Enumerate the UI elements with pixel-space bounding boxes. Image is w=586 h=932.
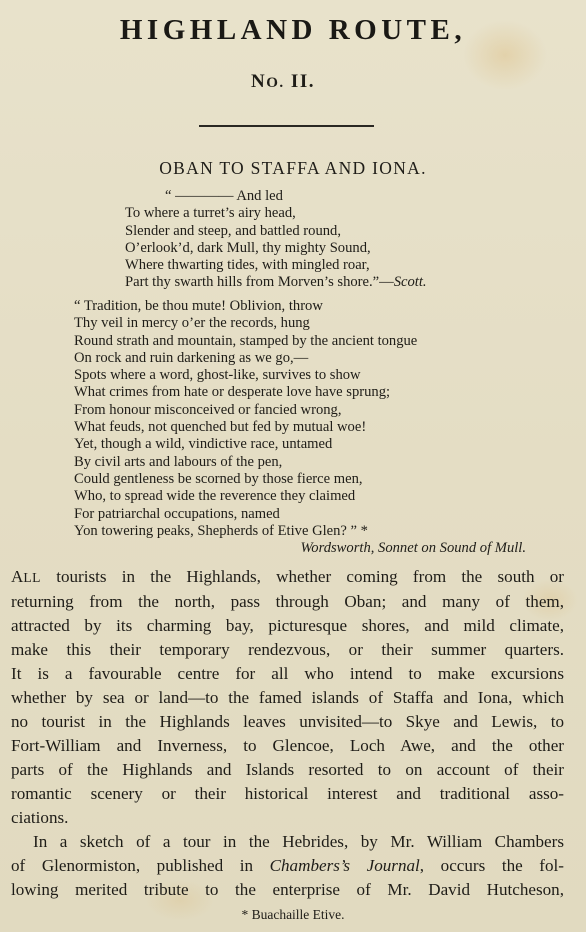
text-line: In a sketch of a tour in the Hebrides, b… bbox=[11, 830, 564, 854]
verse-line: To where a turret’s airy head, bbox=[125, 205, 427, 222]
title-divider bbox=[199, 125, 374, 127]
verse-line: O’erlook’d, dark Mull, thy mighty Sound, bbox=[125, 240, 427, 257]
verse-line: By civil arts and labours of the pen, bbox=[74, 454, 526, 471]
verse-line: For patriarchal occupations, named bbox=[74, 506, 526, 523]
text-line: returning from the north, pass through O… bbox=[11, 590, 564, 614]
text-line: make this their temporary rendezvous, or… bbox=[11, 638, 564, 662]
number-prefix: N bbox=[251, 71, 266, 92]
journal-title: Chambers’s Journal bbox=[270, 856, 420, 875]
text-fragment: , occurs the fol- bbox=[420, 856, 564, 875]
verse-line: Thy veil in mercy o’er the records, hung bbox=[74, 315, 526, 332]
paragraph: ALL tourists in the Highlands, whether c… bbox=[11, 565, 564, 830]
paragraph: In a sketch of a tour in the Hebrides, b… bbox=[11, 830, 564, 902]
footnote: * Buachaille Etive. bbox=[0, 907, 586, 923]
verse-line: Slender and steep, and battled round, bbox=[125, 223, 427, 240]
verse-line-with-attribution: Part thy swarth hills from Morven’s shor… bbox=[125, 274, 427, 291]
section-title: OBAN TO STAFFA AND IONA. bbox=[0, 158, 586, 179]
number-prefix-small: O. bbox=[266, 75, 284, 91]
verse-line: Yet, though a wild, vindictive race, unt… bbox=[74, 436, 526, 453]
verse-line: “ ———— And led bbox=[125, 188, 427, 205]
page-title: HIGHLAND ROUTE, bbox=[0, 14, 586, 47]
verse-line: Spots where a word, ghost-like, survives… bbox=[74, 367, 526, 384]
text-line: romantic scenery or their historical int… bbox=[11, 782, 564, 806]
verse-line: Could gentleness be scorned by those fie… bbox=[74, 471, 526, 488]
body-text: ALL tourists in the Highlands, whether c… bbox=[11, 565, 564, 902]
part-number: NO. II. bbox=[0, 71, 566, 93]
text-line: Fort-William and Inverness, to Glencoe, … bbox=[11, 734, 564, 758]
text-line: of Glenormiston, published in Chambers’s… bbox=[11, 854, 564, 878]
text-line: ciations. bbox=[11, 806, 564, 830]
lead-capital: A bbox=[11, 567, 23, 586]
lead-small-caps: LL bbox=[23, 570, 41, 585]
verse-line: What feuds, not quenched but fed by mutu… bbox=[74, 419, 526, 436]
text-fragment: of Glenormiston, published in bbox=[11, 856, 270, 875]
epigraph-scott: “ ———— And led To where a turret’s airy … bbox=[125, 188, 427, 292]
epigraph-wordsworth: “ Tradition, be thou mute! Oblivion, thr… bbox=[74, 298, 526, 557]
text-line: It is a favourable centre for all who in… bbox=[11, 662, 564, 686]
number-value: II. bbox=[291, 71, 315, 92]
verse-line: Who, to spread wide the reverence they c… bbox=[74, 488, 526, 505]
attribution: Wordsworth, Sonnet on Sound of Mull. bbox=[74, 540, 526, 557]
text-line: parts of the Highlands and Islands resor… bbox=[11, 758, 564, 782]
attribution: Scott. bbox=[394, 274, 427, 290]
text-line: whether by sea or land—to the famed isla… bbox=[11, 686, 564, 710]
text-line: lowing merited tribute to the enterprise… bbox=[11, 878, 564, 902]
verse-line: Part thy swarth hills from Morven’s shor… bbox=[125, 274, 394, 290]
verse-line: Yon towering peaks, Shepherds of Etive G… bbox=[74, 523, 526, 540]
text-line: attracted by its charming bay, picturesq… bbox=[11, 614, 564, 638]
text-line: no tourist in the Highlands leaves unvis… bbox=[11, 710, 564, 734]
verse-line: Round strath and mountain, stamped by th… bbox=[74, 333, 526, 350]
verse-line: On rock and ruin darkening as we go,— bbox=[74, 350, 526, 367]
text-line: ALL tourists in the Highlands, whether c… bbox=[11, 565, 564, 590]
verse-line: From honour misconceived or fancied wron… bbox=[74, 402, 526, 419]
verse-line: What crimes from hate or desperate love … bbox=[74, 384, 526, 401]
text-fragment: tourists in the Highlands, whether comin… bbox=[41, 567, 564, 586]
verse-line: “ Tradition, be thou mute! Oblivion, thr… bbox=[74, 298, 526, 315]
verse-line: Where thwarting tides, with mingled roar… bbox=[125, 257, 427, 274]
